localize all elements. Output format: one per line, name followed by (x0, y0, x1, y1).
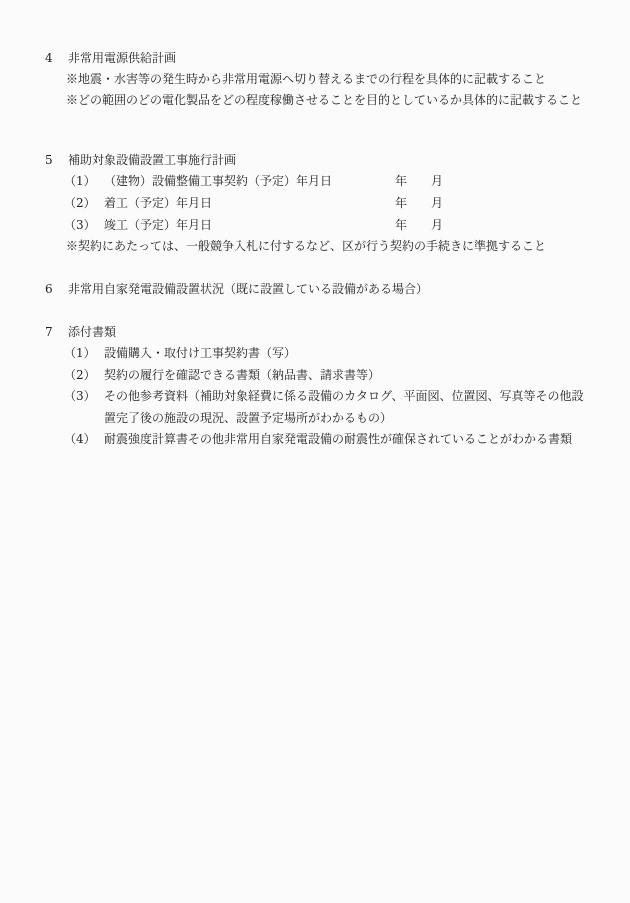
section-4-note-2: ※どの範囲のどの電化製品をどの程度稼働させることを目的としているか具体的に記載す… (0, 92, 630, 109)
item-label: （1） (64, 173, 96, 190)
note-text: ※地震・水害等の発生時から非常用電源へ切り替えるまでの行程を具体的に記載すること (66, 71, 546, 88)
section-5-item-3: （3） 竣工（予定）年月日 年 月 (0, 217, 630, 234)
item-label: （4） (64, 431, 96, 448)
item-text-continuation: 置完了後の施設の現況、設置予定場所がわかるもの） (104, 410, 392, 427)
section-7-item-3: （3） その他参考資料（補助対象経費に係る設備のカタログ、平面図、位置図、写真等… (0, 388, 630, 405)
section-4-title: 非常用電源供給計画 (68, 50, 176, 67)
section-6-title: 非常用自家発電設備設置状況（既に設置している設備がある場合） (68, 281, 428, 298)
section-5-number: 5 (45, 152, 53, 169)
item-text: 契約の履行を確認できる書類（納品書、請求書等） (104, 367, 380, 384)
year-field-label: 年 (395, 195, 407, 212)
item-text: 設備購入・取付け工事契約書（写） (104, 345, 296, 362)
section-5-item-1: （1） （建物）設備整備工事契約（予定）年月日 年 月 (0, 173, 630, 190)
section-5-title: 補助対象設備設置工事施行計画 (68, 152, 236, 169)
section-6-number: 6 (45, 281, 53, 298)
month-field-label: 月 (431, 173, 443, 190)
year-field-label: 年 (395, 217, 407, 234)
section-6-heading: 6 非常用自家発電設備設置状況（既に設置している設備がある場合） (0, 281, 630, 298)
section-7-number: 7 (45, 324, 53, 341)
section-7-item-3-continuation: 置完了後の施設の現況、設置予定場所がわかるもの） (0, 410, 630, 427)
item-text: その他参考資料（補助対象経費に係る設備のカタログ、平面図、位置図、写真等その他設 (104, 388, 584, 405)
section-7-item-2: （2） 契約の履行を確認できる書類（納品書、請求書等） (0, 367, 630, 384)
item-label: （3） (64, 217, 96, 234)
month-field-label: 月 (431, 217, 443, 234)
item-label: （2） (64, 195, 96, 212)
section-7-title: 添付書類 (68, 324, 116, 341)
note-text: ※契約にあたっては、一般競争入札に付するなど、区が行う契約の手続きに準拠すること (66, 238, 546, 255)
item-label: （2） (64, 367, 96, 384)
document-page: 4 非常用電源供給計画 ※地震・水害等の発生時から非常用電源へ切り替えるまでの行… (0, 0, 630, 903)
section-5-note: ※契約にあたっては、一般競争入札に付するなど、区が行う契約の手続きに準拠すること (0, 238, 630, 255)
note-text: ※どの範囲のどの電化製品をどの程度稼働させることを目的としているか具体的に記載す… (66, 92, 582, 109)
section-4-note-1: ※地震・水害等の発生時から非常用電源へ切り替えるまでの行程を具体的に記載すること (0, 71, 630, 88)
item-text: 竣工（予定）年月日 (104, 217, 212, 234)
item-text: 耐震強度計算書その他非常用自家発電設備の耐震性が確保されていることがわかる書類 (104, 431, 572, 448)
month-field-label: 月 (431, 195, 443, 212)
section-7-item-4: （4） 耐震強度計算書その他非常用自家発電設備の耐震性が確保されていることがわか… (0, 431, 630, 448)
section-4-heading: 4 非常用電源供給計画 (0, 50, 630, 67)
section-5-item-2: （2） 着工（予定）年月日 年 月 (0, 195, 630, 212)
year-field-label: 年 (395, 173, 407, 190)
item-label: （1） (64, 345, 96, 362)
section-7-heading: 7 添付書類 (0, 324, 630, 341)
section-5-heading: 5 補助対象設備設置工事施行計画 (0, 152, 630, 169)
item-label: （3） (64, 388, 96, 405)
section-4-number: 4 (45, 50, 53, 67)
item-text: 着工（予定）年月日 (104, 195, 212, 212)
section-7-item-1: （1） 設備購入・取付け工事契約書（写） (0, 345, 630, 362)
item-text: （建物）設備整備工事契約（予定）年月日 (104, 173, 332, 190)
